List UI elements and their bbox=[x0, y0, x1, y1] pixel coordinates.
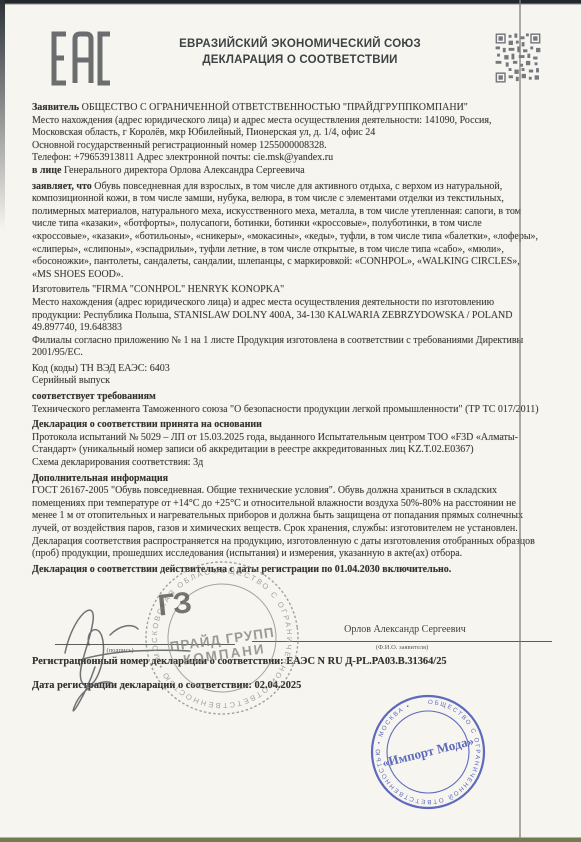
manufacturer-branches: Филиалы согласно приложению № 1 на 1 лис… bbox=[32, 335, 541, 360]
declares-label: заявляет, что bbox=[32, 181, 92, 192]
declares-paragraph: заявляет, что Обувь повседневная для взр… bbox=[32, 181, 541, 282]
applicant-ogrn: Основной государственный регистрационный… bbox=[32, 140, 541, 153]
applicant-in-person: в лице Генерального директора Орлова Але… bbox=[32, 165, 541, 178]
declares-text: Обувь повседневная для взрослых, в том ч… bbox=[32, 181, 538, 280]
qr-code bbox=[494, 32, 542, 89]
document-title-line2: ДЕКЛАРАЦИЯ О СООТВЕТСТВИИ bbox=[140, 52, 460, 68]
serial-issue: Серийный выпуск bbox=[32, 375, 541, 388]
document-title: ЕВРАЗИЙСКИЙ ЭКОНОМИЧЕСКИЙ СОЮЗ ДЕКЛАРАЦИ… bbox=[140, 36, 460, 68]
in-person-name: Генерального директора Орлова Александра… bbox=[61, 165, 304, 176]
additional-label: Дополнительная информация bbox=[32, 473, 541, 486]
basis-label: Декларация о соответствии принята на осн… bbox=[32, 419, 541, 432]
manufacturer-line: Изготовитель "FIRMA "CONHPOL" HENRYK KON… bbox=[32, 284, 541, 297]
applicant-label: Заявитель bbox=[32, 102, 79, 113]
scan-edge-left bbox=[0, 0, 5, 230]
conformity-text: Технического регламента Таможенного союз… bbox=[32, 404, 541, 417]
applicant-round-stamp: ОБЩЕСТВО С ОГРАНИЧЕННОЙ ОТВЕТСТВЕННОСТЬЮ… bbox=[142, 558, 302, 723]
gray-stamp-logo: ГЗ bbox=[156, 586, 191, 623]
additional-text: ГОСТ 26167-2005 "Обувь повседневная. Общ… bbox=[32, 485, 541, 561]
import-moda-stamp: ОБЩЕСТВО С ОГРАНИЧЕННОЙ ОТВЕТСТВЕННОСТЬЮ… bbox=[368, 692, 488, 817]
document-title-line1: ЕВРАЗИЙСКИЙ ЭКОНОМИЧЕСКИЙ СОЮЗ bbox=[140, 36, 460, 52]
tnved-code: Код (коды) ТН ВЭД ЕАЭС: 6403 bbox=[32, 363, 541, 376]
applicant-contacts: Телефон: +79653913811 Адрес электронной … bbox=[32, 152, 541, 165]
basis-scheme: Схема декларирования соответствия: 3д bbox=[32, 457, 541, 470]
applicant-address: Место нахождения (адрес юридического лиц… bbox=[32, 115, 541, 140]
blue-stamp-center-text: «Импорт Мода» bbox=[380, 733, 475, 770]
applicant-name: ОБЩЕСТВО С ОГРАНИЧЕННОЙ ОТВЕТСТВЕННОСТЬЮ… bbox=[79, 102, 468, 113]
scan-edge-bottom bbox=[0, 838, 581, 842]
scanned-declaration-page: ЕВРАЗИЙСКИЙ ЭКОНОМИЧЕСКИЙ СОЮЗ ДЕКЛАРАЦИ… bbox=[0, 0, 581, 842]
conformity-label: соответствует требованиям bbox=[32, 391, 541, 404]
document-body: Заявитель ОБЩЕСТВО С ОГРАНИЧЕННОЙ ОТВЕТС… bbox=[32, 102, 541, 576]
applicant-paragraph: Заявитель ОБЩЕСТВО С ОГРАНИЧЕННОЙ ОТВЕТС… bbox=[32, 102, 541, 115]
scan-fold-line bbox=[519, 0, 521, 842]
in-person-label: в лице bbox=[32, 165, 61, 176]
scan-edge-top bbox=[0, 0, 581, 5]
eac-logo-icon bbox=[50, 31, 112, 91]
basis-text: Протокола испытаний № 5029 – ЛП от 15.03… bbox=[32, 432, 541, 457]
manufacturer-address: Место нахождения (адрес юридического лиц… bbox=[32, 297, 541, 335]
